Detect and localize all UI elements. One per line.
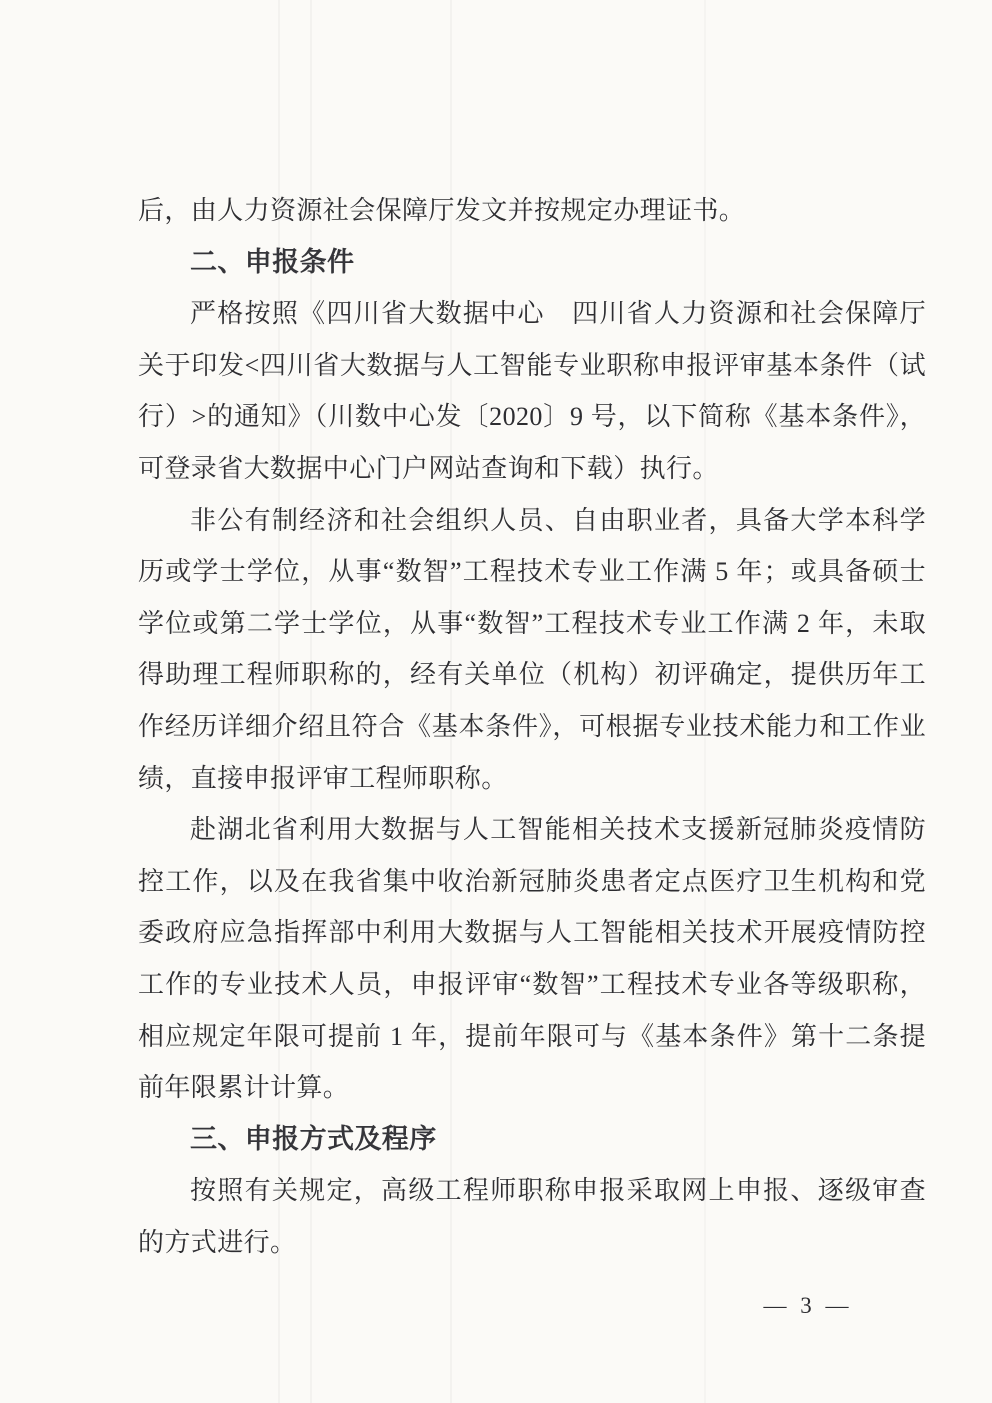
paragraph: 严格按照《四川省大数据中心 四川省人力资源和社会保障厅关于印发<四川省大数据与人… (138, 288, 926, 494)
section-heading: 三、申报方式及程序 (138, 1114, 926, 1166)
page-number: — 3 — (758, 1293, 858, 1319)
section-heading: 二、申报条件 (138, 237, 926, 289)
paragraph: 非公有制经济和社会组织人员、自由职业者，具备大学本科学历或学士学位，从事“数智”… (138, 495, 926, 805)
paragraph: 赴湖北省利用大数据与人工智能相关技术支援新冠肺炎疫情防控工作，以及在我省集中收治… (138, 804, 926, 1114)
document-page: 后，由人力资源社会保障厅发文并按规定办理证书。二、申报条件严格按照《四川省大数据… (0, 0, 992, 1403)
paragraph: 后，由人力资源社会保障厅发文并按规定办理证书。 (138, 185, 926, 237)
document-body: 后，由人力资源社会保障厅发文并按规定办理证书。二、申报条件严格按照《四川省大数据… (138, 185, 926, 1268)
paragraph: 按照有关规定，高级工程师职称申报采取网上申报、逐级审查的方式进行。 (138, 1165, 926, 1268)
